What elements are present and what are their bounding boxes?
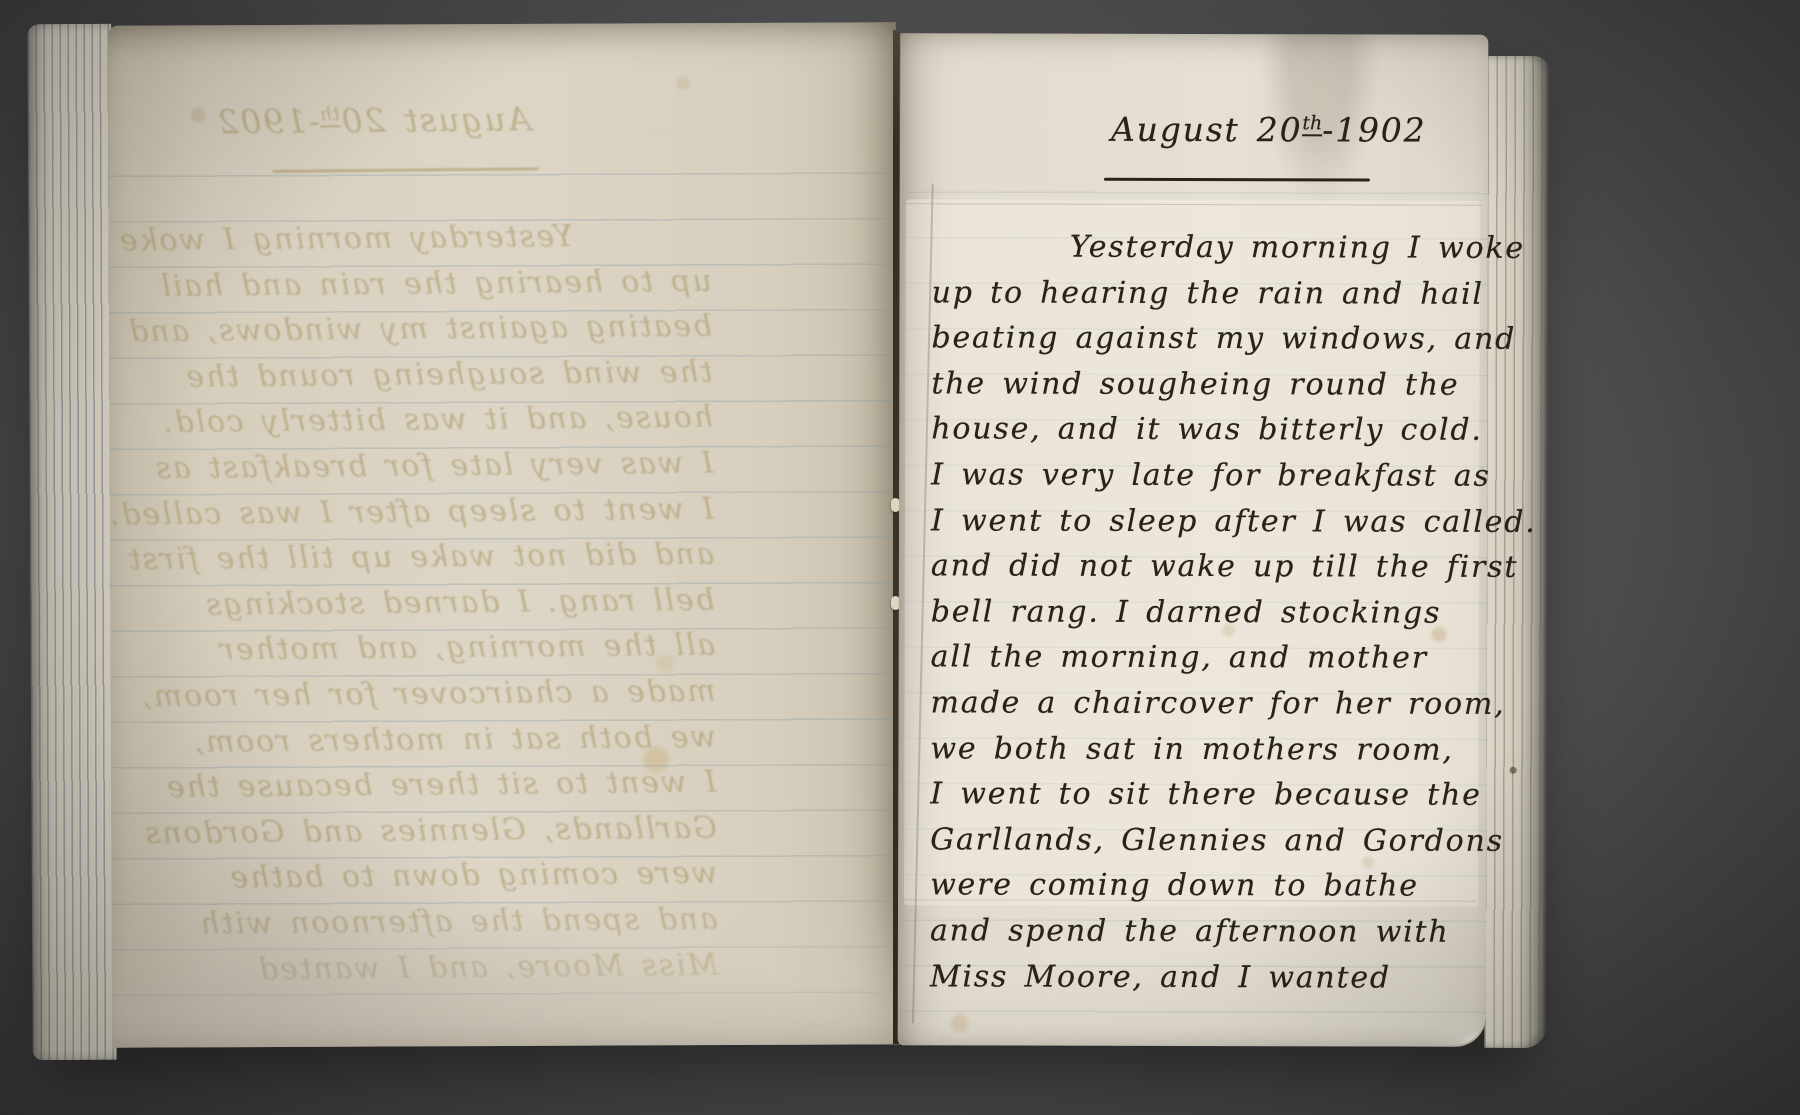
diary-line: bell rang. I darned stockings [931,594,1497,641]
diary-line: made a chaircover for her room, [930,685,1496,732]
bleed-line: bell rang. I darned stockings [149,582,715,633]
bleed-line: up to hearing the rain and hail [145,263,711,314]
bleed-date-separator: - [307,101,320,140]
diary-line: we both sat in mothers room, [930,731,1496,778]
diary-line: beating against my windows, and [931,321,1497,368]
bleedthrough-entry: August 20th-1902 Yesterday morning I wok… [139,21,745,1027]
diary-line: Garllands, Glennies and Gordons [930,822,1496,869]
bleed-line: house, and it was bitterly cold. [147,400,713,451]
bleed-line: Yesterday morning I woke [145,218,711,269]
diary-line: I went to sit there because the [930,776,1496,823]
open-diary-book: August 20th-1902 Yesterday morning I wok… [0,0,1800,1115]
bleed-line: the wind sougheing round the [146,354,712,405]
bleedthrough-date-heading: August 20th-1902 [201,99,531,141]
date-ordinal: th [1302,112,1322,136]
date-separator: - [1322,110,1335,149]
bleed-line: I went to sleep after I was called. [148,491,714,542]
bleedthrough-lines: Yesterday morning I woke up to hearing t… [145,218,718,998]
date-heading: August 20th-1902 [1111,110,1441,150]
diary-line: and spend the afternoon with [930,913,1496,960]
date-year: 1902 [1335,110,1426,149]
bleedthrough-text-block: August 20th-1902 Yesterday morning I wok… [139,21,745,1027]
diary-entry: August 20th-1902 Yesterday morning I wok… [904,33,1503,1035]
diary-line: I was very late for breakfast as [931,457,1497,504]
bleed-line: made a chaircover for her room, [149,674,715,725]
diary-line: were coming down to bathe [930,868,1496,915]
diary-line: up to hearing the rain and hail [932,275,1498,322]
bleedthrough-heading-underline [273,167,539,172]
bleed-line: and did not wake up till the first [148,537,714,588]
left-page: August 20th-1902 Yesterday morning I wok… [108,22,900,1047]
diary-line: the wind sougheing round the [931,366,1497,413]
bleed-line: I went to sit there because the [150,765,716,816]
page-edges-left [27,24,116,1060]
heading-underline [1104,178,1370,181]
diary-line: Yesterday morning I woke [932,229,1498,276]
diary-line: I went to sleep after I was called. [931,503,1497,550]
page-corner-curl [1364,974,1484,1044]
bleed-line: I was very late for breakfast as [147,446,713,497]
bleed-line: Garllands, Glennies and Gordons [151,810,717,861]
photo-background: August 20th-1902 Yesterday morning I wok… [0,0,1800,1115]
right-page: August 20th-1902 Yesterday morning I wok… [898,33,1489,1047]
bleed-date-year: 1902 [216,102,308,142]
diary-line: and did not wake up till the first [931,548,1497,595]
bleed-date-ordinal: th [320,103,340,127]
bleed-date-monthday: August 20 [340,99,532,140]
diary-line: all the morning, and mother [931,640,1497,687]
diary-lines: Yesterday morning I woke up to hearing t… [930,229,1498,1006]
left-page-bottom-fade [112,894,901,1047]
bleed-line: beating against my windows, and [146,309,712,360]
date-monthday: August 20 [1111,110,1302,150]
bleed-line: we both sat in mothers room, [150,719,716,770]
diary-line: house, and it was bitterly cold. [931,412,1497,459]
bleed-line: all the morning, and mother [149,628,715,679]
